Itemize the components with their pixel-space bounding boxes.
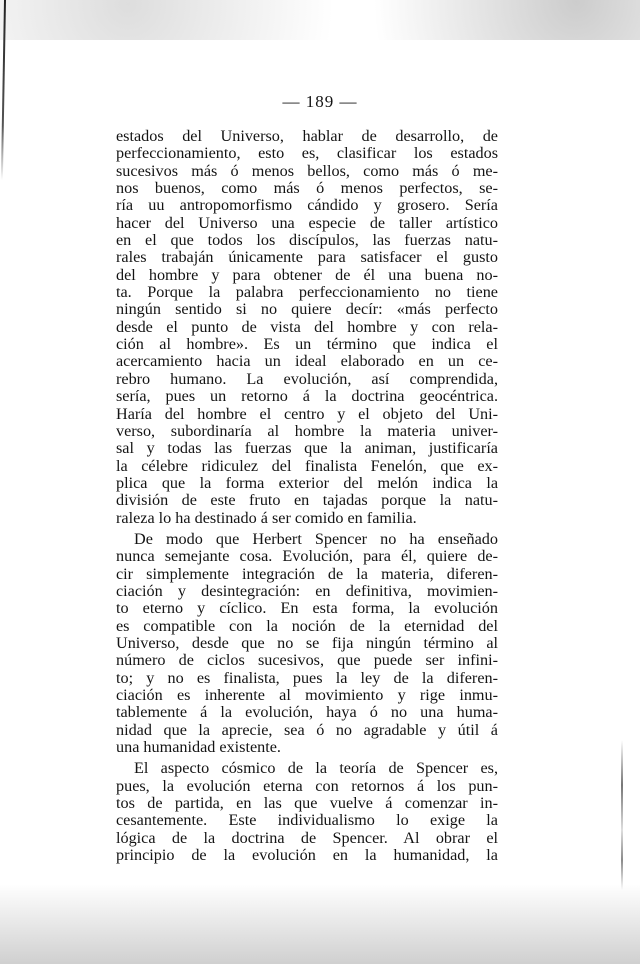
- text-line: plica que la forma exterior del melón in…: [116, 475, 498, 492]
- text-line: tablemente á la evolución, haya ó no una…: [116, 704, 498, 721]
- text-line: en el que todos los discípulos, las fuer…: [116, 232, 498, 249]
- text-line: desde el punto de vista del hombre y con…: [116, 319, 498, 336]
- text-line: ningún sentido si no quiere decír: «más …: [116, 301, 498, 318]
- text-line: rebro humano. La evolución, así comprend…: [116, 371, 498, 388]
- page-number: — 189 —: [0, 92, 640, 112]
- text-line: cir simplemente integración de la materi…: [116, 566, 498, 583]
- text-line: del hombre y para obtener de él una buen…: [116, 267, 498, 284]
- text-line: acercamiento hacia un ideal elaborado en…: [116, 353, 498, 370]
- text-line: perfeccionamiento, esto es, clasificar l…: [116, 145, 498, 162]
- text-line: Universo, desde que no se fija ningún té…: [116, 635, 498, 652]
- text-line: pues, la evolución eterna con retornos á…: [116, 778, 498, 795]
- text-line: to; y no es finalista, pues la ley de la…: [116, 670, 498, 687]
- body-text: estados del Universo, hablar de desarrol…: [116, 128, 498, 864]
- text-line: sucesivos más ó menos bellos, como más ó…: [116, 163, 498, 180]
- text-line: sería, pues un retorno á la doctrina geo…: [116, 388, 498, 405]
- text-line: raleza lo ha destinado á ser comido en f…: [116, 510, 498, 527]
- text-line: ción al hombre». Es un término que indic…: [116, 336, 498, 353]
- text-line: Haría del hombre el centro y el objeto d…: [116, 406, 498, 423]
- text-line: número de ciclos sucesivos, que puede se…: [116, 652, 498, 669]
- text-line: cesantemente. Este individualismo lo exi…: [116, 812, 498, 829]
- scan-noise-bottom: [0, 884, 640, 964]
- scan-noise-top: [0, 0, 640, 40]
- text-line: verso, subordinaría al hombre la materia…: [116, 423, 498, 440]
- text-line: división de este fruto en tajadas porque…: [116, 492, 498, 509]
- text-line: ciación y desintegración: en definitiva,…: [116, 583, 498, 600]
- text-line: lógica de la doctrina de Spencer. Al obr…: [116, 830, 498, 847]
- text-line: ciación es inherente al movimiento y rig…: [116, 687, 498, 704]
- text-line: rales trabaján únicamente para satisface…: [116, 249, 498, 266]
- text-line: principio de la evolución en la humanida…: [116, 847, 498, 864]
- text-line: una humanidad existente.: [116, 739, 498, 756]
- scan-edge-marks: [621, 740, 623, 890]
- text-line: sal y todas las fuerzas que la animan, j…: [116, 440, 498, 457]
- paragraph-3: El aspecto cósmico de la teoría de Spenc…: [116, 760, 498, 864]
- text-line: El aspecto cósmico de la teoría de Spenc…: [116, 760, 498, 777]
- paragraph-2: De modo que Herbert Spencer no ha enseña…: [116, 531, 498, 756]
- text-line: la célebre ridiculez del finalista Fenel…: [116, 458, 498, 475]
- text-line: ría uu antropomorfismo cándido y grosero…: [116, 197, 498, 214]
- text-line: tos de partida, en las que vuelve á come…: [116, 795, 498, 812]
- text-line: estados del Universo, hablar de desarrol…: [116, 128, 498, 145]
- text-line: De modo que Herbert Spencer no ha enseña…: [116, 531, 498, 548]
- text-line: to eterno y cíclico. En esta forma, la e…: [116, 600, 498, 617]
- paragraph-1: estados del Universo, hablar de desarrol…: [116, 128, 498, 527]
- text-line: nos buenos, como más ó menos perfectos, …: [116, 180, 498, 197]
- text-line: es compatible con la noción de la eterni…: [116, 618, 498, 635]
- text-line: nidad que la aprecie, sea ó no agradable…: [116, 722, 498, 739]
- text-line: hacer del Universo una especie de taller…: [116, 215, 498, 232]
- text-line: nunca semejante cosa. Evolución, para él…: [116, 548, 498, 565]
- text-line: ta. Porque la palabra perfeccionamiento …: [116, 284, 498, 301]
